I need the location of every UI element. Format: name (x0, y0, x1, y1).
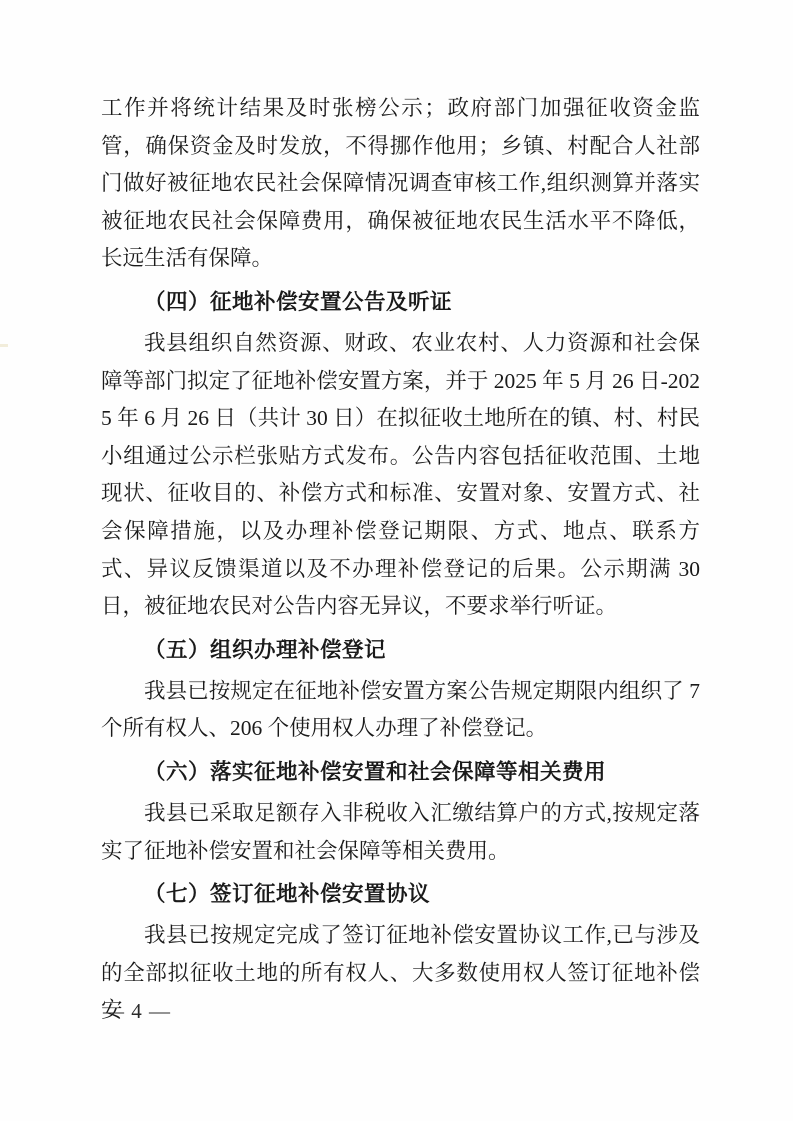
section-body-7: 我县已按规定完成了签订征地补偿安置协议工作,已与涉及的全部拟征收土地的所有权人、… (101, 917, 700, 1030)
scan-artifact-speck (0, 344, 8, 347)
paragraph-continuation: 工作并将统计结果及时张榜公示；政府部门加强征收资金监管，确保资金及时发放，不得挪… (101, 90, 700, 278)
document-page: 工作并将统计结果及时张榜公示；政府部门加强征收资金监管，确保资金及时发放，不得挪… (0, 0, 793, 1121)
section-body-5: 我县已按规定在征地补偿安置方案公告规定期限内组织了 7 个所有权人、206 个使… (101, 673, 700, 748)
section-body-6: 我县已采取足额存入非税收入汇缴结算户的方式,按规定落实了征地补偿安置和社会保障等… (101, 795, 700, 870)
page-number: — 4 — (103, 999, 171, 1023)
section-heading-7: （七）签订征地补偿安置协议 (101, 875, 700, 913)
section-heading-5: （五）组织办理补偿登记 (101, 631, 700, 669)
section-body-4: 我县组织自然资源、财政、农业农村、人力资源和社会保障等部门拟定了征地补偿安置方案… (101, 325, 700, 626)
section-heading-4: （四）征地补偿安置公告及听证 (101, 283, 700, 321)
document-body: 工作并将统计结果及时张榜公示；政府部门加强征收资金监管，确保资金及时发放，不得挪… (101, 90, 700, 1030)
section-heading-6: （六）落实征地补偿安置和社会保障等相关费用 (101, 753, 700, 791)
